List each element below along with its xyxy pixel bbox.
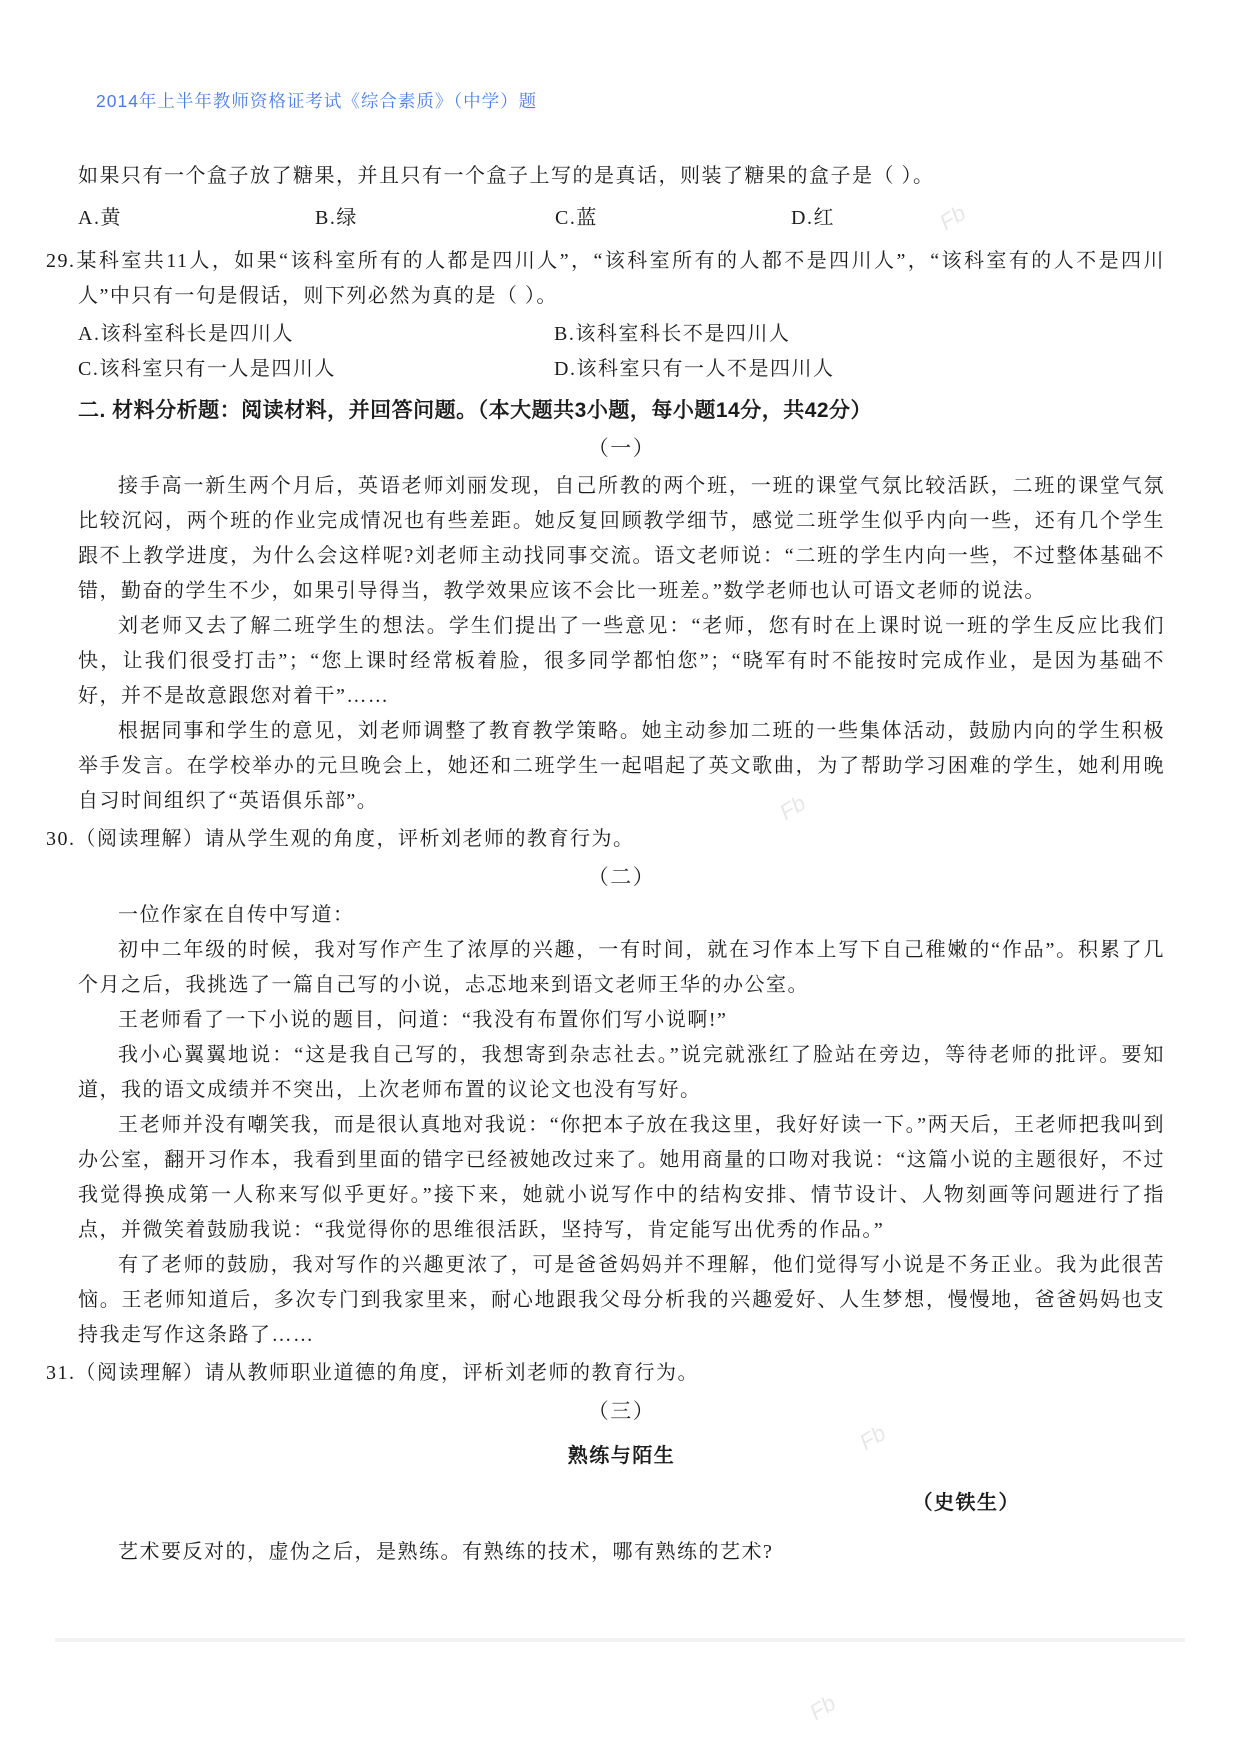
question-29-number: 29. xyxy=(46,250,76,272)
watermark: Fb xyxy=(805,1690,841,1726)
question-28-option-a: A.黄 xyxy=(78,201,315,236)
material-2-paragraph: 王老师看了一下小说的题目，问道：“我没有布置你们写小说啊!” xyxy=(78,1003,1165,1038)
section-2-heading: 二. 材料分析题：阅读材料，并回答问题。（本大题共3小题，每小题14分，共42分… xyxy=(78,393,1165,428)
question-29-option-b: B.该科室科长不是四川人 xyxy=(554,317,1165,352)
material-1-paragraph: 根据同事和学生的意见，刘老师调整了教育教学策略。她主动参加二班的一些集体活动，鼓… xyxy=(78,714,1165,819)
question-28-stem-continuation: 如果只有一个盒子放了糖果，并且只有一个盒子上写的是真话，则装了糖果的盒子是（ ）… xyxy=(78,159,1165,194)
question-28-option-d: D.红 xyxy=(791,201,1165,236)
material-1-label: （一） xyxy=(78,431,1165,466)
question-29-option-c: C.该科室只有一人是四川人 xyxy=(78,352,554,387)
question-29-options: A.该科室科长是四川人 B.该科室科长不是四川人 C.该科室只有一人是四川人 D… xyxy=(78,317,1165,387)
question-31-stem: 31.（阅读理解）请从教师职业道德的角度，评析刘老师的教育行为。 xyxy=(78,1356,1165,1391)
material-2-paragraph: 王老师并没有嘲笑我，而是很认真地对我说：“你把本子放在我这里，我好好读一下。”两… xyxy=(78,1108,1165,1248)
question-29-option-d: D.该科室只有一人不是四川人 xyxy=(554,352,1165,387)
question-30-text: （阅读理解）请从学生观的角度，评析刘老师的教育行为。 xyxy=(76,828,635,850)
question-29-stem: 29.某科室共11人，如果“该科室所有的人都是四川人”，“该科室所有的人都不是四… xyxy=(78,244,1165,314)
material-2-paragraph: 有了老师的鼓励，我对写作的兴趣更浓了，可是爸爸妈妈并不理解，他们觉得写小说是不务… xyxy=(78,1248,1165,1353)
document-page: 2014年上半年教师资格证考试《综合素质》（中学）题 如果只有一个盒子放了糖果，… xyxy=(0,0,1240,1754)
question-30-stem: 30.（阅读理解）请从学生观的角度，评析刘老师的教育行为。 xyxy=(78,822,1165,857)
question-28-option-c: C.蓝 xyxy=(555,201,791,236)
essay-author: （史铁生） xyxy=(78,1486,1165,1521)
material-2-paragraph: 初中二年级的时候，我对写作产生了浓厚的兴趣，一有时间，就在习作本上写下自己稚嫩的… xyxy=(78,933,1165,1003)
material-3-label: （三） xyxy=(78,1394,1165,1429)
question-31-number: 31. xyxy=(46,1362,76,1384)
document-title: 2014年上半年教师资格证考试《综合素质》（中学）题 xyxy=(0,0,1240,113)
material-2-paragraph: 一位作家在自传中写道： xyxy=(78,898,1165,933)
essay-title: 熟练与陌生 xyxy=(78,1439,1165,1474)
material-3-paragraph: 艺术要反对的，虚伪之后，是熟练。有熟练的技术，哪有熟练的艺术? xyxy=(78,1535,1165,1570)
material-1-paragraph: 刘老师又去了解二班学生的想法。学生们提出了一些意见：“老师，您有时在上课时说一班… xyxy=(78,609,1165,714)
material-2-paragraph: 我小心翼翼地说：“这是我自己写的，我想寄到杂志社去。”说完就涨红了脸站在旁边，等… xyxy=(78,1038,1165,1108)
question-29-option-a: A.该科室科长是四川人 xyxy=(78,317,554,352)
page-bottom-divider xyxy=(55,1638,1185,1642)
material-1-paragraph: 接手高一新生两个月后，英语老师刘丽发现，自己所教的两个班，一班的课堂气氛比较活跃… xyxy=(78,469,1165,609)
question-28-options: A.黄 B.绿 C.蓝 D.红 xyxy=(78,201,1165,236)
material-2-label: （二） xyxy=(78,860,1165,895)
question-31-text: （阅读理解）请从教师职业道德的角度，评析刘老师的教育行为。 xyxy=(76,1362,700,1384)
question-30-number: 30. xyxy=(46,828,76,850)
question-28-option-b: B.绿 xyxy=(315,201,555,236)
question-29-text: 某科室共11人，如果“该科室所有的人都是四川人”，“该科室所有的人都不是四川人”… xyxy=(76,250,1166,307)
document-body: 如果只有一个盒子放了糖果，并且只有一个盒子上写的是真话，则装了糖果的盒子是（ ）… xyxy=(0,113,1240,1570)
